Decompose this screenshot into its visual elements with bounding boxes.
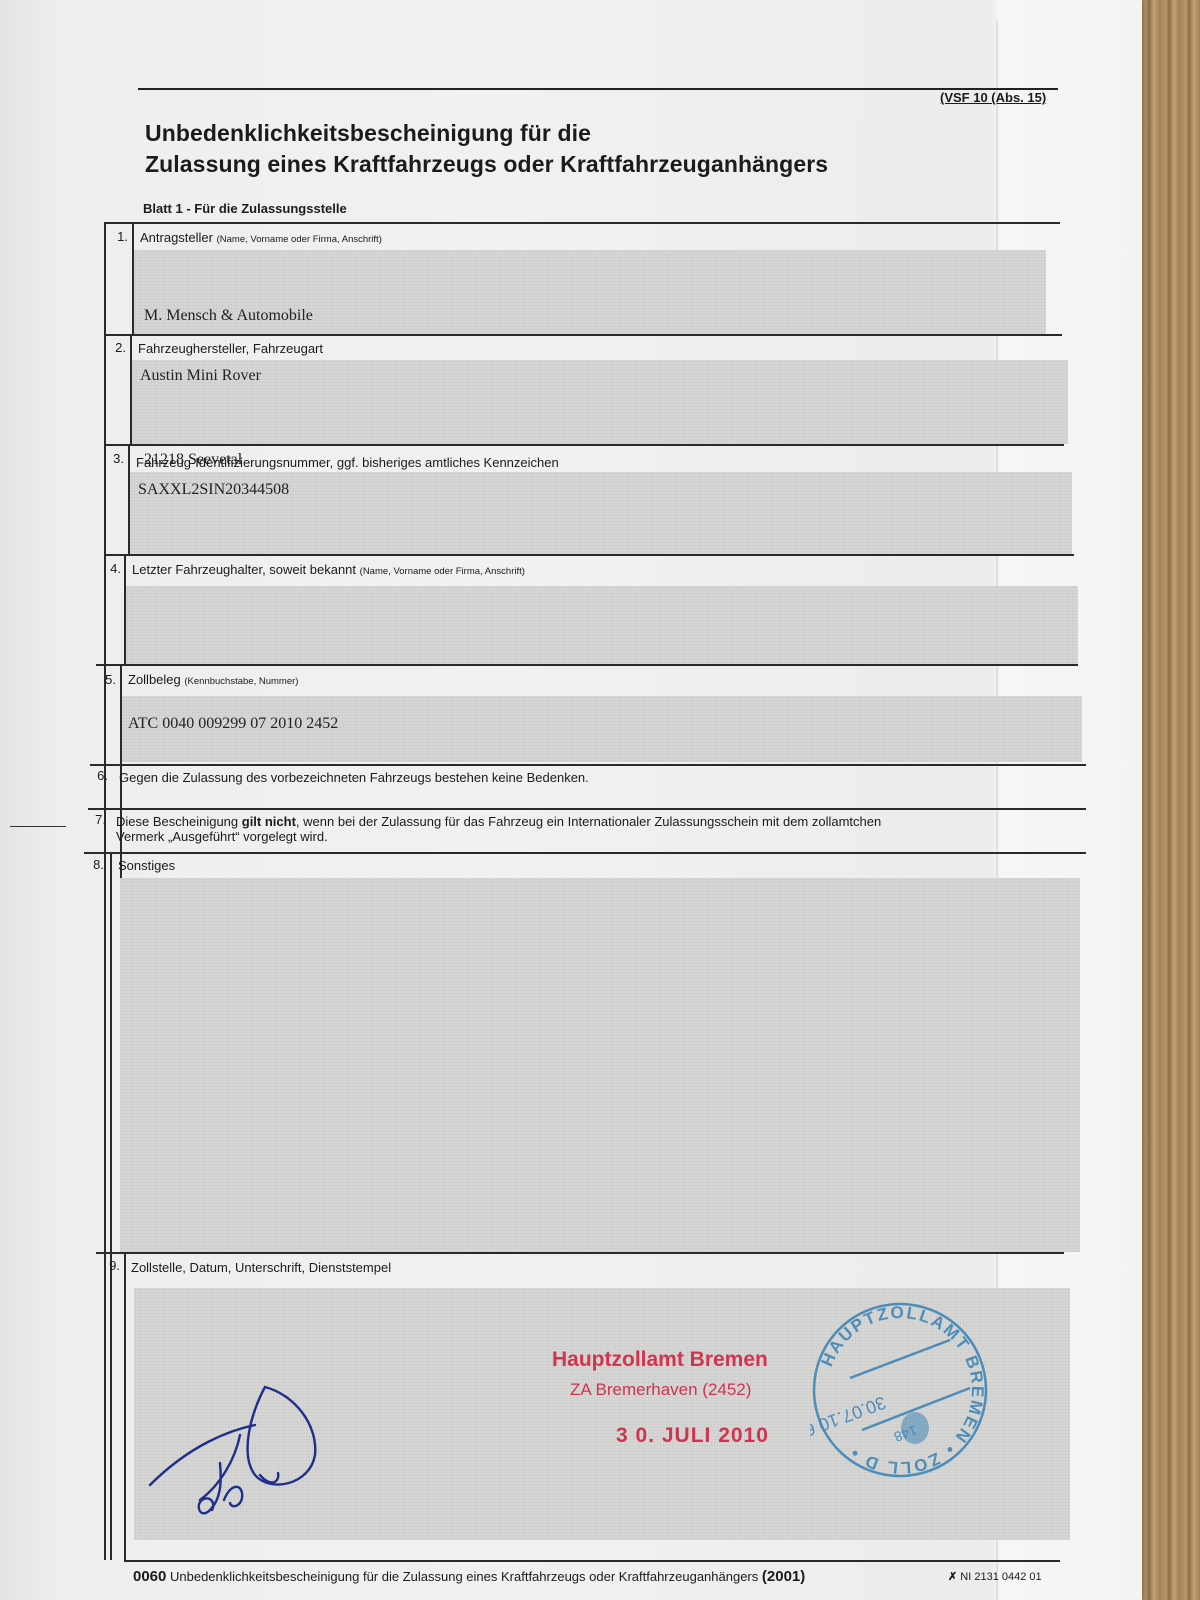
bottom-rule <box>124 1560 1060 1562</box>
rule-field-9 <box>96 1252 1064 1254</box>
field-3-number: 3. <box>102 451 124 466</box>
top-rule <box>138 88 1058 90</box>
field-8-9-separator <box>110 852 112 1560</box>
field-2-label: Fahrzeughersteller, Fahrzeugart <box>138 341 323 356</box>
rule-field-2 <box>104 334 1062 336</box>
office-stamp-line-2: ZA Bremerhaven (2452) <box>570 1380 751 1400</box>
field-6-statement: Gegen die Zulassung des vorbezeichneten … <box>119 770 589 785</box>
regulation-reference: (VSF 10 (Abs. 15) <box>940 90 1046 105</box>
office-stamp-date: 3 0. JULI 2010 <box>616 1424 769 1448</box>
form-year: (2001) <box>762 1568 805 1585</box>
signature-icon <box>140 1375 340 1525</box>
field-4-input-area[interactable] <box>126 586 1078 664</box>
field-7-statement: Diese Bescheinigung gilt nicht, wenn bei… <box>116 814 881 844</box>
form-left-border <box>104 222 106 1560</box>
form-number: 0060 <box>133 1568 166 1585</box>
rule-field-8 <box>84 852 1086 854</box>
field-1-hint: (Name, Vorname oder Firma, Anschrift) <box>217 234 382 245</box>
rule-field-5 <box>96 664 1078 666</box>
field-9-number: 9. <box>98 1258 120 1273</box>
field-5-hint: (Kennbuchstabe, Nummer) <box>184 676 298 687</box>
field-3-label: Fahrzeug-Identifizierungsnummer, ggf. bi… <box>136 455 559 470</box>
field-1-label: Antragsteller (Name, Vorname oder Firma,… <box>140 230 382 245</box>
field-4-hint: (Name, Vorname oder Firma, Anschrift) <box>360 566 525 577</box>
field-4-number: 4. <box>99 561 121 576</box>
rule-field-6 <box>90 764 1086 766</box>
rule-field-7 <box>88 808 1086 810</box>
field-5-number: 5. <box>94 672 116 687</box>
field-7-number: 7. <box>84 812 106 827</box>
field-6-number: 6. <box>86 768 108 783</box>
field-3-value: SAXXL2SIN20344508 <box>138 478 289 502</box>
rule-field-1 <box>104 222 1060 224</box>
field-9-label: Zollstelle, Datum, Unterschrift, Diensts… <box>131 1260 391 1275</box>
field-4-label: Letzter Fahrzeughalter, soweit bekannt (… <box>132 562 525 577</box>
print-code: ✗ NI 2131 0442 01 <box>948 1570 1042 1583</box>
document-title: Unbedenklichkeitsbescheinigung für die Z… <box>145 118 828 180</box>
seal-date: 30.07.10 66 <box>810 1392 889 1443</box>
field-7-emphasis: gilt nicht <box>242 814 296 829</box>
form-footer-title: Unbedenklichkeitsbescheinigung für die Z… <box>170 1569 758 1584</box>
title-line-2: Zulassung eines Kraftfahrzeugs oder Kraf… <box>145 149 828 180</box>
customs-seal-icon: HAUPTZOLLAMT BREMEN • ZOLL D • 30.07.10 … <box>810 1300 990 1480</box>
field-8-label: Sonstiges <box>118 858 175 873</box>
field-8-number: 8. <box>82 857 104 872</box>
field-1-number: 1. <box>106 229 128 244</box>
title-line-1: Unbedenklichkeitsbescheinigung für die <box>145 118 828 149</box>
rule-field-3 <box>104 444 1064 446</box>
field-9-separator <box>124 1252 126 1560</box>
field-2-input-area[interactable] <box>132 360 1068 444</box>
margin-mark <box>10 826 66 827</box>
form-footer: 0060 Unbedenklichkeitsbescheinigung für … <box>133 1568 805 1585</box>
rule-field-4 <box>104 554 1074 556</box>
form-paper: (VSF 10 (Abs. 15) Unbedenklichkeitsbesch… <box>0 0 1142 1600</box>
sheet-label: Blatt 1 - Für die Zulassungsstelle <box>143 201 347 216</box>
field-2-value: Austin Mini Rover <box>140 364 261 388</box>
field-5-value: ATC 0040 009299 07 2010 2452 <box>128 712 338 736</box>
field-2-number: 2. <box>104 340 126 355</box>
field-5-label: Zollbeleg (Kennbuchstabe, Nummer) <box>128 672 298 687</box>
office-stamp-line-1: Hauptzollamt Bremen <box>552 1348 768 1372</box>
field-8-input-area[interactable] <box>120 878 1080 1252</box>
printer-logo-icon: ✗ <box>948 1571 957 1583</box>
